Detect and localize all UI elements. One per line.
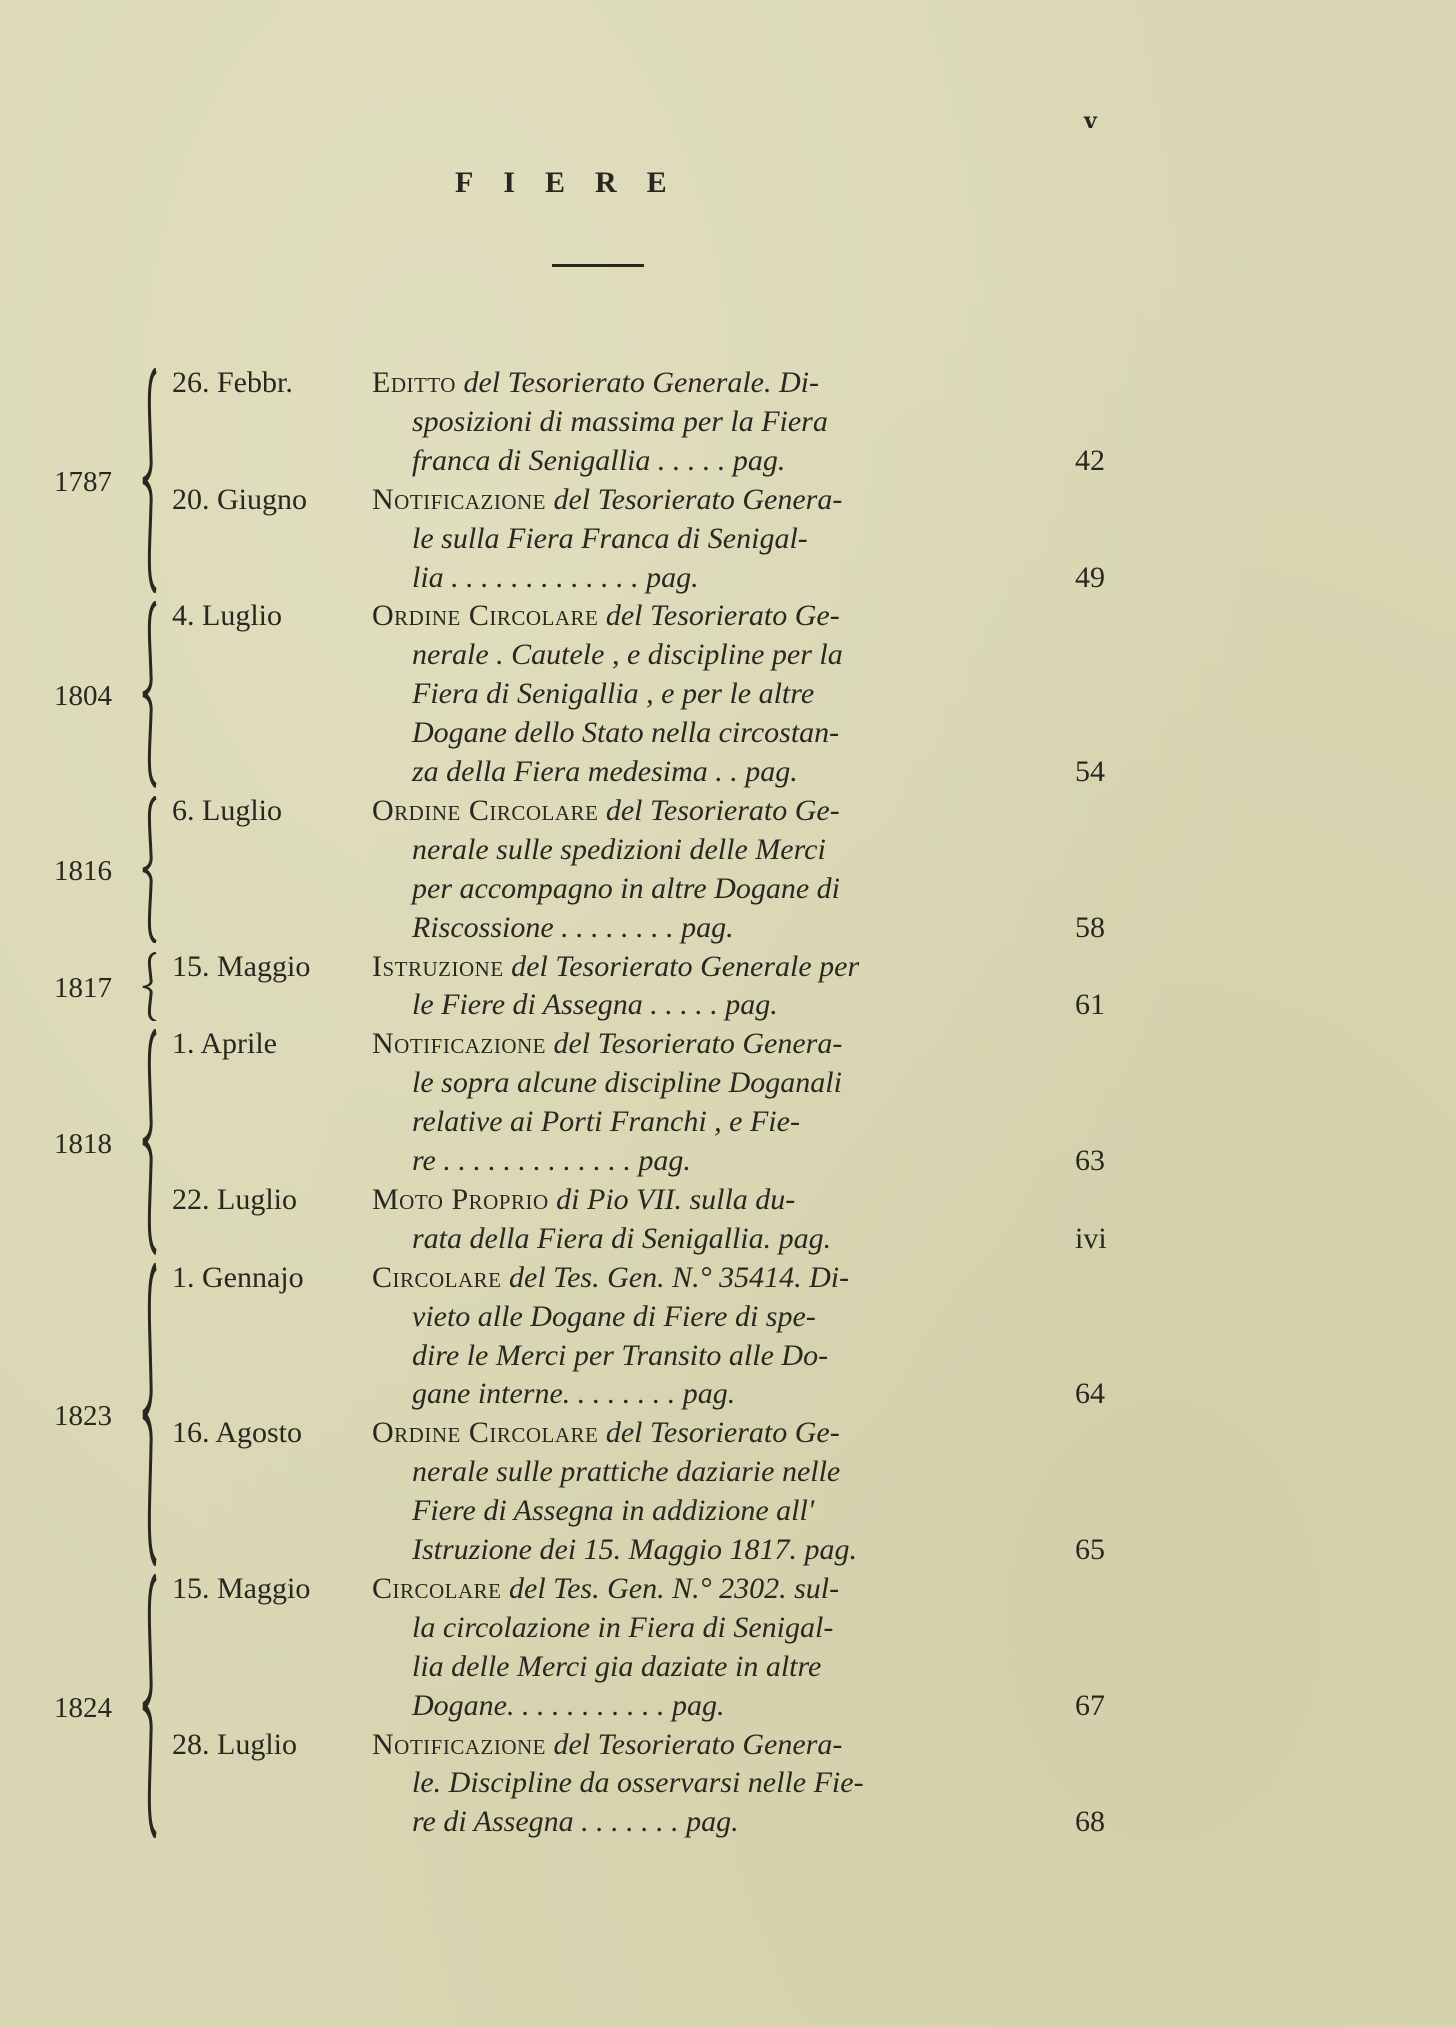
- entry-page-number: 68: [1075, 1803, 1105, 1842]
- index-line: nerale sulle prattiche daziarie nelle: [0, 1453, 1456, 1492]
- index-line: la circolazione in Fiera di Senigal-: [0, 1609, 1456, 1648]
- entry-page-number: 49: [1075, 559, 1105, 598]
- entry-text: del Tesorierato Genera-: [553, 483, 842, 516]
- entry-text: del Tesorierato Ge-: [606, 794, 840, 827]
- entry-document-type: Ordine Circolare: [372, 1416, 598, 1449]
- entry-date: 20. Giugno: [172, 481, 307, 520]
- entry-text: le sulla Fiera Franca di Senigal-: [412, 520, 1042, 559]
- year-label: 1823: [54, 1397, 112, 1436]
- index-line: 4. LuglioOrdine Circolare del Tesorierat…: [0, 597, 1456, 636]
- index-line: 1. GennajoCircolare del Tes. Gen. N.° 35…: [0, 1259, 1456, 1298]
- index-line: 6. LuglioOrdine Circolare del Tesorierat…: [0, 792, 1456, 831]
- entry-date: 6. Luglio: [172, 792, 282, 831]
- entry-text: del Tesorierato Generale per: [511, 950, 859, 983]
- entry-document-type: Ordine Circolare: [372, 599, 598, 632]
- entry-description: Istruzione del Tesorierato Generale per: [372, 948, 859, 987]
- index-line: rata della Fiera di Senigallia. pag.ivi: [0, 1220, 1456, 1259]
- title-rule-divider: [552, 264, 644, 267]
- index-line: franca di Senigallia . . . . . pag.42: [0, 442, 1456, 481]
- entry-text: re . . . . . . . . . . . . . pag.: [412, 1142, 1042, 1181]
- entry-text: re di Assegna . . . . . . . pag.: [412, 1803, 1042, 1842]
- entry-page-number: ivi: [1075, 1220, 1107, 1259]
- entry-description: Ordine Circolare del Tesorierato Ge-: [372, 597, 840, 636]
- curly-brace-icon: [140, 1029, 162, 1254]
- index-line: re . . . . . . . . . . . . . pag.63: [0, 1142, 1456, 1181]
- entry-text: del Tesorierato Genera-: [553, 1027, 842, 1060]
- entry-text: del Tesorierato Genera-: [553, 1728, 842, 1761]
- index-line: 15. MaggioIstruzione del Tesorierato Gen…: [0, 948, 1456, 987]
- entry-date: 28. Luglio: [172, 1726, 297, 1765]
- page-number: v: [1084, 108, 1097, 134]
- entry-page-number: 42: [1075, 442, 1105, 481]
- entry-text: sposizioni di massima per la Fiera: [412, 403, 1042, 442]
- index-line: 20. GiugnoNotificazione del Tesorierato …: [0, 481, 1456, 520]
- entry-page-number: 64: [1075, 1375, 1105, 1414]
- index-line: za della Fiera medesima . . pag.54: [0, 753, 1456, 792]
- entry-document-type: Notificazione: [372, 1728, 546, 1761]
- index-line: sposizioni di massima per la Fiera: [0, 403, 1456, 442]
- curly-brace-icon: [140, 601, 162, 788]
- index-line: dire le Merci per Transito alle Do-: [0, 1337, 1456, 1376]
- entry-text: gane interne. . . . . . . . pag.: [412, 1375, 1042, 1414]
- entry-description: Ordine Circolare del Tesorierato Ge-: [372, 1414, 840, 1453]
- entry-text: del Tesorierato Ge-: [606, 599, 840, 632]
- entry-page-number: 63: [1075, 1142, 1105, 1181]
- index-line: nerale . Cautele , e discipline per la: [0, 636, 1456, 675]
- curly-brace-icon: [140, 796, 162, 944]
- entry-description: Notificazione del Tesorierato Genera-: [372, 1025, 842, 1064]
- index-line: relative ai Porti Franchi , e Fie-: [0, 1103, 1456, 1142]
- entry-document-type: Editto: [372, 366, 456, 399]
- entry-date: 1. Gennajo: [172, 1259, 304, 1298]
- entry-document-type: Circolare: [372, 1261, 502, 1294]
- entry-text: la circolazione in Fiera di Senigal-: [412, 1609, 1042, 1648]
- index-line: le Fiere di Assegna . . . . . pag.61: [0, 986, 1456, 1025]
- index-line: le sulla Fiera Franca di Senigal-: [0, 520, 1456, 559]
- index-line: lia . . . . . . . . . . . . . pag.49: [0, 559, 1456, 598]
- index-line: re di Assegna . . . . . . . pag.68: [0, 1803, 1456, 1842]
- entry-text: rata della Fiera di Senigallia. pag.: [412, 1220, 1042, 1259]
- entry-document-type: Circolare: [372, 1572, 502, 1605]
- entry-document-type: Moto Proprio: [372, 1183, 549, 1216]
- entry-page-number: 67: [1075, 1687, 1105, 1726]
- entry-page-number: 61: [1075, 986, 1105, 1025]
- year-label: 1787: [54, 463, 112, 502]
- entry-text: le. Discipline da osservarsi nelle Fie-: [412, 1764, 1042, 1803]
- entry-text: Dogane. . . . . . . . . . . pag.: [412, 1687, 1042, 1726]
- entry-text: lia . . . . . . . . . . . . . pag.: [412, 559, 1042, 598]
- entry-date: 26. Febbr.: [172, 364, 293, 403]
- entry-description: Ordine Circolare del Tesorierato Ge-: [372, 792, 840, 831]
- entry-text: del Tes. Gen. N.° 2302. sul-: [509, 1572, 839, 1605]
- entry-document-type: Notificazione: [372, 483, 546, 516]
- index-line: 22. LuglioMoto Proprio di Pio VII. sulla…: [0, 1181, 1456, 1220]
- entry-text: del Tesorierato Generale. Di-: [463, 366, 819, 399]
- entry-text: Fiera di Senigallia , e per le altre: [412, 675, 1042, 714]
- curly-brace-icon: [140, 368, 162, 593]
- index-line: per accompagno in altre Dogane di: [0, 870, 1456, 909]
- index-line: le sopra alcune discipline Doganali: [0, 1064, 1456, 1103]
- entry-description: Notificazione del Tesorierato Genera-: [372, 481, 842, 520]
- entry-text: di Pio VII. sulla du-: [556, 1183, 795, 1216]
- index-line: Fiere di Assegna in addizione all': [0, 1492, 1456, 1531]
- curly-brace-icon: [140, 1263, 162, 1566]
- year-label: 1816: [54, 852, 112, 891]
- year-label: 1818: [54, 1125, 112, 1164]
- entry-document-type: Ordine Circolare: [372, 794, 598, 827]
- entry-text: Istruzione dei 15. Maggio 1817. pag.: [412, 1531, 1042, 1570]
- entry-text: le Fiere di Assegna . . . . . pag.: [412, 986, 1042, 1025]
- index-line: lia delle Merci gia daziate in altre: [0, 1648, 1456, 1687]
- entry-description: Circolare del Tes. Gen. N.° 35414. Di-: [372, 1259, 849, 1298]
- entry-date: 22. Luglio: [172, 1181, 297, 1220]
- entry-description: Moto Proprio di Pio VII. sulla du-: [372, 1181, 795, 1220]
- curly-brace-icon: [140, 1574, 162, 1838]
- entry-text: Dogane dello Stato nella circostan-: [412, 714, 1042, 753]
- entry-text: za della Fiera medesima . . pag.: [412, 753, 1042, 792]
- entry-text: Fiere di Assegna in addizione all': [412, 1492, 1042, 1531]
- index-line: vieto alle Dogane di Fiere di spe-: [0, 1298, 1456, 1337]
- index-line: le. Discipline da osservarsi nelle Fie-: [0, 1764, 1456, 1803]
- entry-description: Circolare del Tes. Gen. N.° 2302. sul-: [372, 1570, 839, 1609]
- entry-text: lia delle Merci gia daziate in altre: [412, 1648, 1042, 1687]
- year-label: 1824: [54, 1689, 112, 1728]
- entry-date: 1. Aprile: [172, 1025, 277, 1064]
- entry-text: del Tesorierato Ge-: [606, 1416, 840, 1449]
- index-line: 26. Febbr.Editto del Tesorierato General…: [0, 364, 1456, 403]
- entry-text: le sopra alcune discipline Doganali: [412, 1064, 1042, 1103]
- page-title: FIERE: [455, 166, 697, 200]
- entry-text: del Tes. Gen. N.° 35414. Di-: [509, 1261, 849, 1294]
- entry-date: 15. Maggio: [172, 1570, 310, 1609]
- entry-page-number: 54: [1075, 753, 1105, 792]
- index-line: nerale sulle spedizioni delle Merci: [0, 831, 1456, 870]
- entry-text: per accompagno in altre Dogane di: [412, 870, 1042, 909]
- year-label: 1804: [54, 677, 112, 716]
- entry-page-number: 58: [1075, 909, 1105, 948]
- year-label: 1817: [54, 969, 112, 1008]
- entry-text: nerale . Cautele , e discipline per la: [412, 636, 1042, 675]
- entry-page-number: 65: [1075, 1531, 1105, 1570]
- index-line: 15. MaggioCircolare del Tes. Gen. N.° 23…: [0, 1570, 1456, 1609]
- curly-brace-icon: [140, 952, 162, 1022]
- entry-text: franca di Senigallia . . . . . pag.: [412, 442, 1042, 481]
- entry-text: relative ai Porti Franchi , e Fie-: [412, 1103, 1042, 1142]
- index-line: Istruzione dei 15. Maggio 1817. pag.65: [0, 1531, 1456, 1570]
- index-line: gane interne. . . . . . . . pag.64: [0, 1375, 1456, 1414]
- entry-text: nerale sulle prattiche daziarie nelle: [412, 1453, 1042, 1492]
- index-line: Dogane. . . . . . . . . . . pag.67: [0, 1687, 1456, 1726]
- entry-text: Riscossione . . . . . . . . pag.: [412, 909, 1042, 948]
- entry-date: 16. Agosto: [172, 1414, 302, 1453]
- entry-date: 15. Maggio: [172, 948, 310, 987]
- index-line: Fiera di Senigallia , e per le altre: [0, 675, 1456, 714]
- entry-document-type: Notificazione: [372, 1027, 546, 1060]
- index-line: 28. LuglioNotificazione del Tesorierato …: [0, 1726, 1456, 1765]
- index-line: 1. AprileNotificazione del Tesorierato G…: [0, 1025, 1456, 1064]
- entry-description: Editto del Tesorierato Generale. Di-: [372, 364, 819, 403]
- index-line: Dogane dello Stato nella circostan-: [0, 714, 1456, 753]
- entry-date: 4. Luglio: [172, 597, 282, 636]
- index-line: 16. AgostoOrdine Circolare del Tesoriera…: [0, 1414, 1456, 1453]
- entry-text: nerale sulle spedizioni delle Merci: [412, 831, 1042, 870]
- entry-document-type: Istruzione: [372, 950, 504, 983]
- entry-text: vieto alle Dogane di Fiere di spe-: [412, 1298, 1042, 1337]
- index-line: Riscossione . . . . . . . . pag.58: [0, 909, 1456, 948]
- entry-description: Notificazione del Tesorierato Genera-: [372, 1726, 842, 1765]
- entry-text: dire le Merci per Transito alle Do-: [412, 1337, 1042, 1376]
